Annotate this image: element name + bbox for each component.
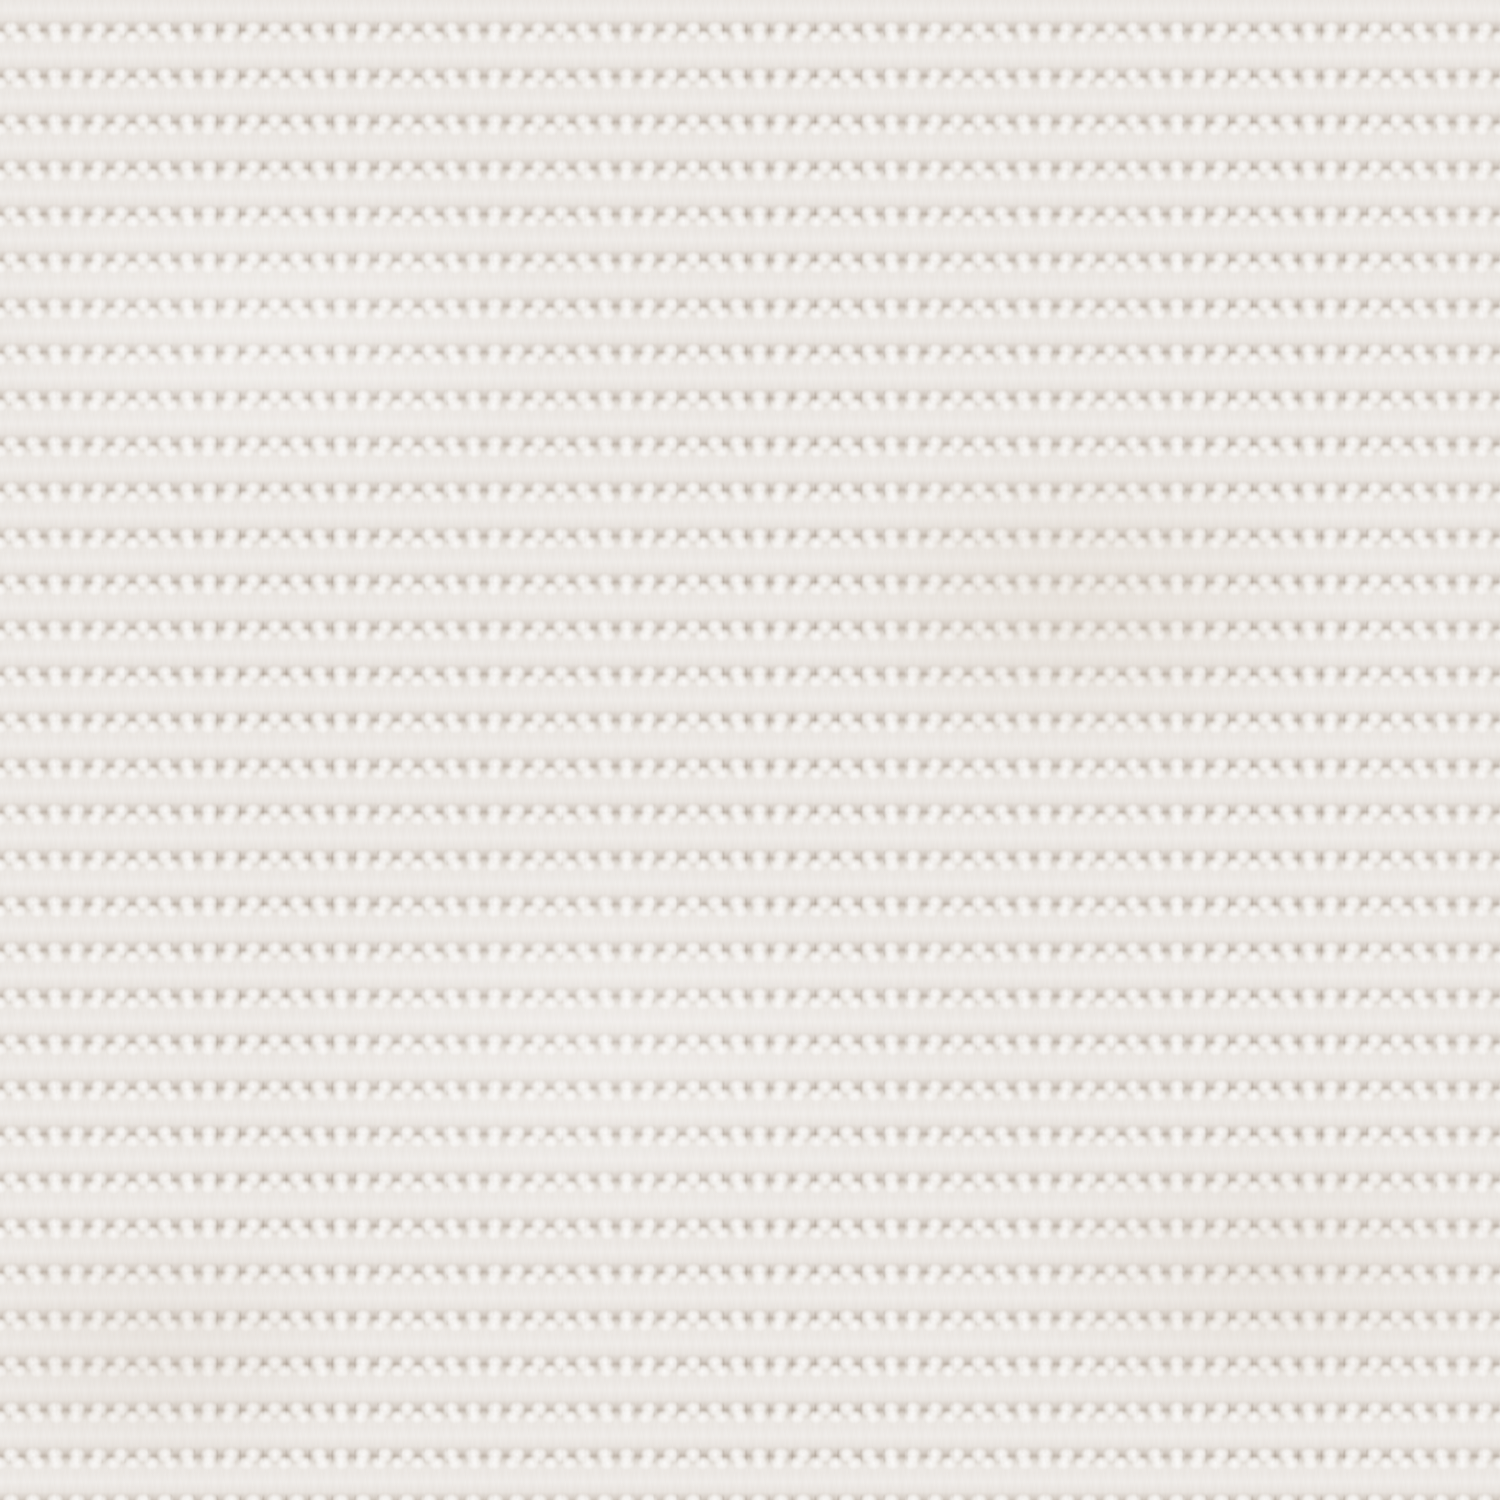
tonal-variation (0, 0, 1500, 1500)
fabric-texture-photo: Cream/off-white chenille-like woven text… (0, 0, 1500, 1500)
